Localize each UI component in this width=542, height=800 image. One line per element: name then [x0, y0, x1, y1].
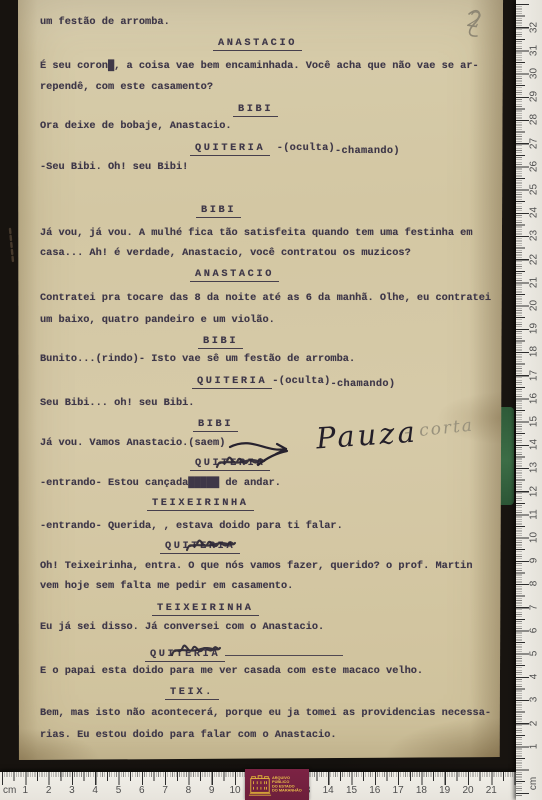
ruler-number: 18: [529, 345, 540, 359]
ruler-number: 3: [529, 693, 540, 707]
annotation-arrow: [230, 443, 287, 465]
ruler-number: 8: [529, 577, 540, 591]
ruler-number: 31: [529, 43, 540, 57]
ruler-number: 20: [462, 785, 473, 796]
ruler-number: 8: [186, 785, 192, 796]
ruler-number: 7: [162, 785, 168, 796]
ruler-number: 6: [529, 623, 540, 637]
ruler-number: 10: [529, 531, 540, 545]
ruler-number: 2: [529, 716, 540, 730]
ruler-number: 7: [529, 600, 540, 614]
ruler-number: 19: [439, 785, 450, 796]
ruler-vertical: cm 1234567891011121314151617181920212223…: [516, 0, 542, 800]
ruler-number: 18: [416, 785, 427, 796]
palace-building-icon: [248, 772, 272, 798]
ruler-number: 12: [529, 484, 540, 498]
ruler-number: 27: [529, 136, 540, 150]
logo-text-line: DO MARANHÃO: [272, 789, 302, 793]
ruler-number: 6: [139, 785, 145, 796]
ruler-number: 3: [69, 785, 75, 796]
ruler-number: 14: [529, 438, 540, 452]
ruler-number: 19: [529, 322, 540, 336]
ruler-number: 16: [529, 391, 540, 405]
scanned-document: um festão de arromba.ANASTACIOÉ seu coro…: [0, 0, 542, 800]
ruler-number: 21: [529, 275, 540, 289]
handwritten-annotations: [0, 0, 542, 800]
ruler-number: 13: [529, 461, 540, 475]
ruler-number: 25: [529, 183, 540, 197]
ruler-number: 10: [229, 785, 240, 796]
ruler-number: 30: [529, 67, 540, 81]
staple-mark: [10, 229, 13, 262]
handwritten-note-ink: Pauza: [315, 414, 419, 455]
ruler-number: 32: [529, 20, 540, 34]
ruler-number: 17: [529, 368, 540, 382]
ruler-number: 11: [529, 507, 540, 521]
ruler-number: 16: [369, 785, 380, 796]
ruler-number: 15: [346, 785, 357, 796]
ruler-number: 21: [486, 785, 497, 796]
ruler-number: 4: [92, 785, 98, 796]
ruler-number: 5: [529, 647, 540, 661]
ruler-number: 28: [529, 113, 540, 127]
ruler-unit-label: cm: [3, 785, 16, 796]
ruler-number: 22: [529, 252, 540, 266]
ruler-number: 15: [529, 415, 540, 429]
ruler-number: 9: [529, 554, 540, 568]
ruler-number: 20: [529, 299, 540, 313]
ruler-unit-label: cm: [528, 777, 539, 790]
ruler-number: 29: [529, 90, 540, 104]
ruler-number: 24: [529, 206, 540, 220]
ruler-number: 4: [529, 670, 540, 684]
ruler-number: 14: [323, 785, 334, 796]
archive-logo-text: ARQUIVOPÚBLICODO ESTADODO MARANHÃO: [272, 776, 302, 793]
ruler-number: 17: [393, 785, 404, 796]
ruler-number: 1: [23, 785, 29, 796]
ruler-number: 9: [209, 785, 215, 796]
archive-logo: ARQUIVOPÚBLICODO ESTADODO MARANHÃO: [245, 769, 309, 800]
ruler-number: 1: [529, 739, 540, 753]
ruler-number: 23: [529, 229, 540, 243]
ruler-number: 5: [116, 785, 122, 796]
ruler-number: 26: [529, 159, 540, 173]
ruler-number: 2: [46, 785, 52, 796]
